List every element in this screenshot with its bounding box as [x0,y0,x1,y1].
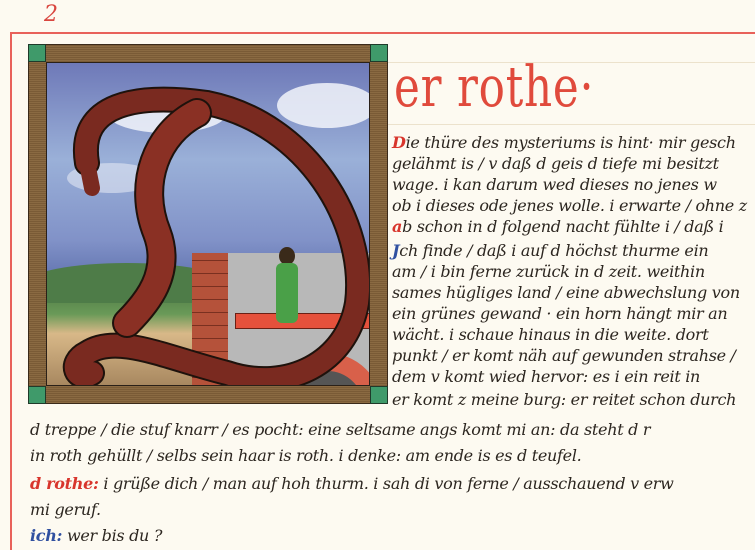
text-line: gelähmt is / v daß d geis d tiefe mi bes… [392,154,719,174]
dialogue-line: d rothe: i grüße dich / man auf hoh thur… [30,474,674,494]
letter-d-glyph [47,63,370,386]
corner-ornament [370,386,388,404]
text-line: er komt z meine burg: er reitet schon du… [392,390,736,410]
text-line: Jch finde / daß i auf d höchst thurme ei… [392,241,708,261]
text-line: in roth gehüllt / selbs sein haar is rot… [30,446,581,466]
corner-ornament [28,44,46,62]
text-line: punkt / er komt näh auf gewunden strahse… [392,346,736,366]
initial-capital: a [392,217,402,236]
text-line: ein grünes gewand · ein horn hängt mir a… [392,304,727,324]
initial-capital: D [392,133,406,152]
text-line: ab schon in d folgend nacht fühlte i / d… [392,217,723,237]
text-line: mi geruf. [30,500,101,520]
dialogue-line: ich: wer bis du ? [30,526,162,546]
text-line: wächt. i schaue hinaus in die weite. dor… [392,325,708,345]
text-line: d treppe / die stuf knarr / es pocht: ei… [30,420,650,440]
text-line: am / i bin ferne zurück in d zeit. weith… [392,262,705,282]
text-line: wage. i kan darum wed dieses no jenes w [392,175,717,195]
speaker-label: ich: [30,526,62,545]
ruling-line [385,124,755,125]
corner-ornament [370,44,388,62]
illuminated-initial [28,44,388,404]
text-line: sames hügliges land / eine abwechslung v… [392,283,740,303]
text-line: Die thüre des mysteriums is hint· mir ge… [392,133,736,153]
initial-scene [46,62,370,386]
text-line: ob i dieses ode jenes wolle. i erwarte /… [392,196,747,216]
frame-rule-top [10,32,755,34]
speaker-label: d rothe: [30,474,99,493]
page-number: 2 [44,2,58,27]
corner-ornament [28,386,46,404]
frame-rule-left [10,32,12,550]
chapter-title: er rothe· [394,56,594,120]
text-line: dem v komt wied hervor: es i ein reit in [392,367,700,387]
